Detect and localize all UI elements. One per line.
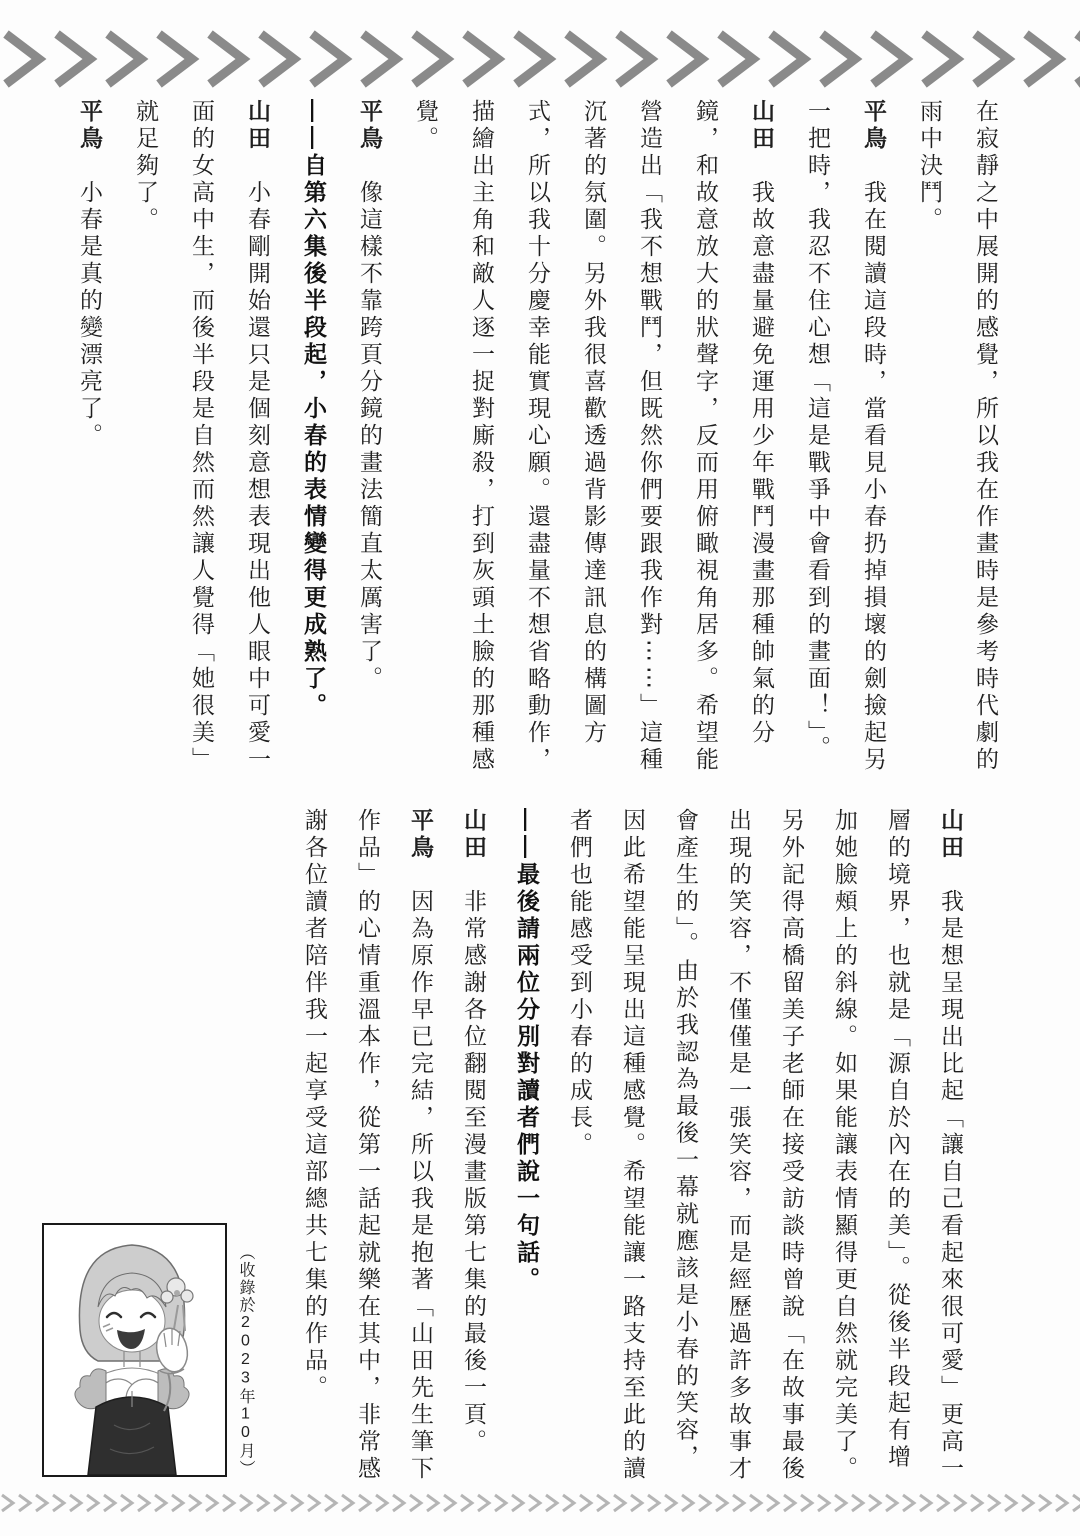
koharu-waving-illustration [44,1225,225,1475]
interview-top-section: 在寂靜之中展開的感覺，所以我在作畫時是參考時代劇的雨中決鬥。平鳥 我在閱讀這段時… [62,99,1014,775]
dialogue-paragraph: 山田 我故意盡量避免運用少年戰鬥漫畫那種帥氣的分鏡，和故意放大的狀聲字，反而用俯… [398,99,790,775]
dialogue-paragraph: 山田 小春剛開始還只是個刻意想表現出他人眼中可愛一面的女高中生，而後半段是自然而… [118,99,286,775]
dialogue-paragraph: 平鳥 像這樣不靠跨頁分鏡的畫法簡直太厲害了。 [342,99,398,775]
dialogue-paragraph: 平鳥 我在閱讀這段時，當看見小春扔掉損壞的劍撿起另一把時，我忍不住心想「這是戰爭… [790,99,902,775]
speaker-name: 山田 [461,808,487,889]
interviewer-question: ——最後請兩位分別對讀者們說一句話。 [500,808,553,1484]
dialogue-paragraph: 在寂靜之中展開的感覺，所以我在作畫時是參考時代劇的雨中決鬥。 [902,99,1014,775]
date-note: （收錄於2023年10月） [232,1244,258,1484]
dialogue-paragraph: 山田 非常感謝各位翻閱至漫畫版第七集的最後一頁。 [447,808,500,1484]
speaker-name: 山田 [749,99,775,180]
dialogue-paragraph: 山田 我是想呈現出比起「讓自己看起來很可愛」更高一層的境界，也就是「源自於內在的… [553,808,977,1484]
dialogue-paragraph: 平鳥 因為原作早已完結，所以我是抱著「山田先生筆下作品」的心情重溫本作，從第一話… [288,808,447,1484]
speaker-name: 平鳥 [861,99,887,180]
speaker-name: 平鳥 [408,808,434,889]
interview-bottom-section: 山田 我是想呈現出比起「讓自己看起來很可愛」更高一層的境界，也就是「源自於內在的… [288,808,977,1484]
illustration-frame [42,1223,227,1477]
interviewer-question: ——自第六集後半段起，小春的表情變得更成熟了。 [286,99,342,775]
chevron-border-top-icon [0,30,1080,88]
chevron-border-bottom-icon [0,1492,1080,1514]
speaker-name: 平鳥 [357,99,383,180]
afterword-page: { "page": { "background": "#fdfdfd", "te… [0,0,1080,1536]
speaker-name: 平鳥 [77,99,103,180]
speaker-name: 山田 [938,808,964,889]
speaker-name: 山田 [245,99,271,180]
dialogue-paragraph: 平鳥 小春是真的變漂亮了。 [62,99,118,775]
